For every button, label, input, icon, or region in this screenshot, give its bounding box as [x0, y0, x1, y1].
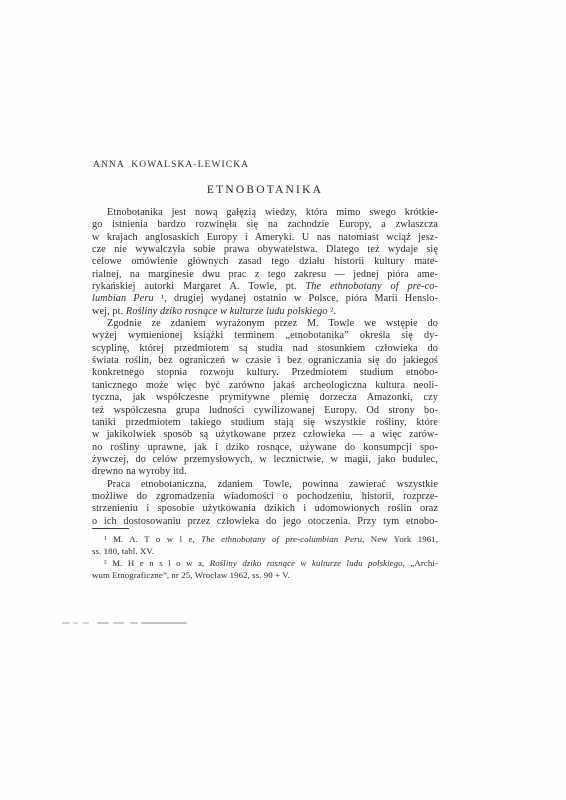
footnotes: ¹ M. A. T o w l e, The ethnobotany of pr… — [92, 533, 438, 581]
scan-smudge-dash — [141, 622, 187, 624]
body-line: Etnobotanika jest nową gałęzią wiedzy, k… — [92, 207, 438, 219]
footnote-line: wum Etnograficzne”, nr 25, Wrocław 1962,… — [92, 569, 438, 581]
body-line: wyżej wymienionej książki terminem „etno… — [92, 330, 438, 342]
text-segment: Zgodnie ze zdaniem wyrażonym przez M. To… — [107, 318, 438, 329]
body-line: możliwe do zgromadzenia wiadomości o poc… — [92, 491, 438, 503]
body-line: drewno na wyroby itd. — [92, 466, 438, 478]
scan-smudge-dash — [97, 622, 109, 624]
article-body: Etnobotanika jest nową gałęzią wiedzy, k… — [92, 207, 438, 528]
text-segment: o ich dostosowaniu przez człowieka do je… — [92, 516, 438, 527]
footnote-separator — [92, 528, 129, 529]
text-segment: rykańskiej autorki Margaret A. Towle, pt… — [92, 281, 305, 292]
italic-text-segment: The ethnobotany of pre-co- — [305, 281, 438, 292]
text-segment: Etnobotanika jest nową gałęzią wiedzy, k… — [107, 207, 438, 218]
italic-text-segment: Rośliny dziko rosnące w kulturze ludu po… — [210, 558, 403, 568]
body-line: w krajach anglosaskich Europy i Ameryki.… — [92, 232, 438, 244]
text-segment: wum Etnograficzne”, nr 25, Wrocław 1962,… — [92, 570, 290, 580]
body-line: świata roślin, bez ograniczeń w czasie i… — [92, 355, 438, 367]
italic-text-segment: lumbian Peru — [92, 293, 154, 304]
text-segment: no rośliny uprawne, jak i dziko rosnące,… — [92, 442, 438, 453]
text-segment: w krajach anglosaskich Europy i Ameryki.… — [92, 232, 438, 243]
text-segment: taniki przedmiotem takiego studium stają… — [92, 417, 438, 428]
text-segment: drewno na wyroby itd. — [92, 466, 187, 477]
body-line: taniki przedmiotem takiego studium stają… — [92, 417, 438, 429]
text-segment: rialnej, na marginesie dwu prac z tego z… — [92, 269, 438, 280]
text-segment: cze nie wywalczyła sobie prawa obywatels… — [92, 244, 438, 255]
text-segment: konkretnego stopnia rozwoju kultury. Prz… — [92, 367, 438, 378]
footnote-line: ¹ M. A. T o w l e, The ethnobotany of pr… — [92, 533, 438, 545]
text-segment: tanicznego może więc być zarówno jakaś a… — [92, 380, 438, 391]
scan-smudge-dash — [130, 622, 138, 624]
body-line: celowe omówienie głównych zasad tego dzi… — [92, 256, 438, 268]
italic-text-segment: Rośliny dziko rosnące w kulturze ludu po… — [126, 306, 328, 317]
body-line: tyczna, jak współczesne prymitywne plemi… — [92, 392, 438, 404]
author-line: ANNA KOWALSKA-LEWICKA — [93, 160, 249, 170]
footnote-line: ² M. H e n s l o w a, Rośliny dziko rosn… — [92, 557, 438, 569]
text-segment: też współczesna grupa ludności cywilizow… — [92, 405, 438, 416]
scan-smudge-dash — [113, 622, 124, 624]
body-line: wej, pt. Rośliny dziko rosnące w kulturz… — [92, 306, 438, 318]
body-line: Praca etnobotaniczna, zdaniem Towle, pow… — [92, 479, 438, 491]
body-line: rialnej, na marginesie dwu prac z tego z… — [92, 269, 438, 281]
text-segment: , New York 1961, — [362, 534, 438, 544]
text-segment: ¹ M. A. T o w l e, — [104, 534, 201, 544]
body-line: Zgodnie ze zdaniem wyrażonym przez M. To… — [92, 318, 438, 330]
text-segment: ss. 180, tabl. XV. — [92, 546, 154, 556]
body-line: scyplinę, której przedmiotem są studia n… — [92, 343, 438, 355]
text-segment: ¹, drugiej wydanej ostatnio w Polsce, pi… — [154, 293, 438, 304]
body-line: o ich dostosowaniu przez człowieka do je… — [92, 516, 438, 528]
text-segment: , „Archi- — [403, 558, 438, 568]
text-segment: możliwe do zgromadzenia wiadomości o poc… — [92, 491, 438, 502]
body-line: żywczej, do celów przemysłowych, w leczn… — [92, 454, 438, 466]
italic-text-segment: The ethnobotany of pre-columbian Peru — [201, 534, 362, 544]
text-segment: wyżej wymienionej książki terminem „etno… — [92, 330, 438, 341]
body-line: rykańskiej autorki Margaret A. Towle, pt… — [92, 281, 438, 293]
body-line: tanicznego może więc być zarówno jakaś a… — [92, 380, 438, 392]
document-page: ANNA KOWALSKA-LEWICKA ETNOBOTANIKA Etnob… — [0, 0, 566, 800]
text-segment: wej, pt. — [92, 306, 126, 317]
text-segment: świata roślin, bez ograniczeń w czasie i… — [92, 355, 438, 366]
body-line: go istnienia bardzo rozwinęła się na zac… — [92, 219, 438, 231]
text-segment: żywczej, do celów przemysłowych, w leczn… — [92, 454, 438, 465]
scan-smudge-dash — [73, 622, 78, 624]
text-segment: w jakikolwiek sposób są użytkowane przez… — [92, 429, 438, 440]
body-line: w jakikolwiek sposób są użytkowane przez… — [92, 429, 438, 441]
text-segment: scyplinę, której przedmiotem są studia n… — [92, 343, 438, 354]
scan-smudge-dash — [62, 622, 70, 624]
text-segment: ² M. H e n s l o w a, — [104, 558, 210, 568]
body-line: też współczesna grupa ludności cywilizow… — [92, 405, 438, 417]
text-segment: ². — [328, 306, 337, 317]
body-line: konkretnego stopnia rozwoju kultury. Prz… — [92, 367, 438, 379]
article-title: ETNOBOTANIKA — [92, 184, 438, 196]
text-segment: Praca etnobotaniczna, zdaniem Towle, pow… — [107, 479, 438, 490]
body-line: no rośliny uprawne, jak i dziko rosnące,… — [92, 442, 438, 454]
body-line: strzenieniu i sposobie użytkowania dziki… — [92, 503, 438, 515]
text-segment: tyczna, jak współczesne prymitywne plemi… — [92, 392, 438, 403]
text-segment: go istnienia bardzo rozwinęła się na zac… — [92, 219, 438, 230]
scan-smudge-dash — [83, 622, 89, 624]
footnote-line: ss. 180, tabl. XV. — [92, 545, 438, 557]
body-line: cze nie wywalczyła sobie prawa obywatels… — [92, 244, 438, 256]
text-segment: celowe omówienie głównych zasad tego dzi… — [92, 256, 438, 267]
text-segment: strzenieniu i sposobie użytkowania dziki… — [92, 503, 438, 514]
body-line: lumbian Peru ¹, drugiej wydanej ostatnio… — [92, 293, 438, 305]
